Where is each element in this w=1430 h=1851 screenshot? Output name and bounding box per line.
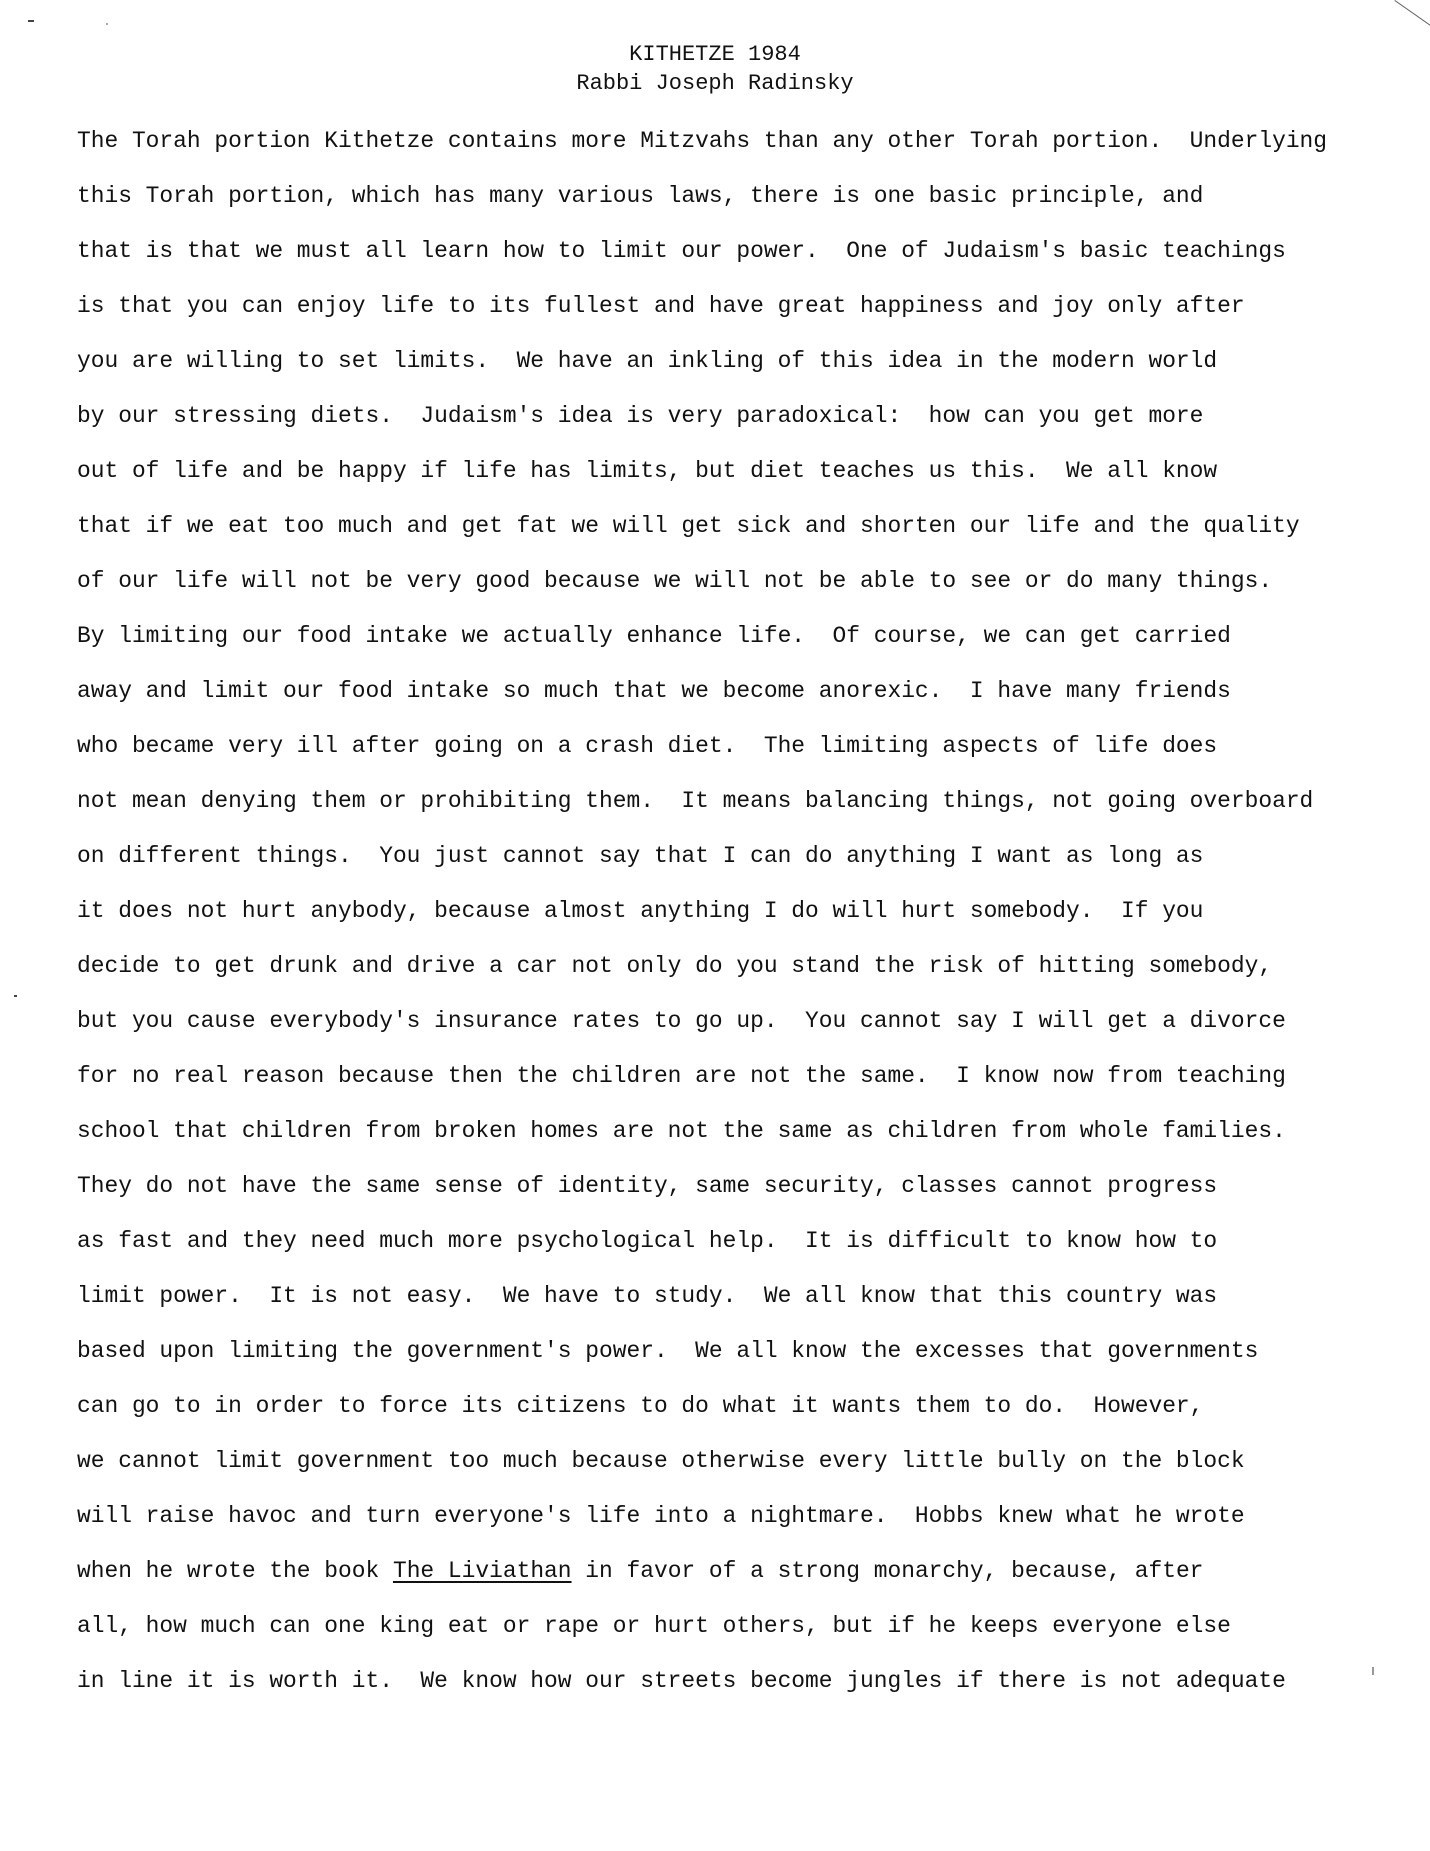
scan-scratch-mark (1394, 0, 1430, 29)
document-author: Rabbi Joseph Radinsky (0, 69, 1430, 98)
text-line: in line it is worth it. We know how our … (77, 1664, 1327, 1719)
document-title: KITHETZE 1984 (0, 40, 1430, 69)
text-line: not mean denying them or prohibiting the… (77, 784, 1327, 839)
text-line: out of life and be happy if life has lim… (77, 454, 1327, 509)
scan-speck (1372, 1667, 1374, 1675)
text-line: as fast and they need much more psycholo… (77, 1224, 1327, 1279)
text-line: limit power. It is not easy. We have to … (77, 1279, 1327, 1334)
scan-speck (106, 23, 108, 25)
text-line: school that children from broken homes a… (77, 1114, 1327, 1169)
text-line: decide to get drunk and drive a car not … (77, 949, 1327, 1004)
text-line: this Torah portion, which has many vario… (77, 179, 1327, 234)
scan-speck (28, 20, 34, 22)
text-line: of our life will not be very good becaus… (77, 564, 1327, 619)
text-line: can go to in order to force its citizens… (77, 1389, 1327, 1444)
document-header: KITHETZE 1984 Rabbi Joseph Radinsky (0, 40, 1430, 98)
text-segment: in favor of a strong monarchy, because, … (572, 1558, 1204, 1584)
text-line: on different things. You just cannot say… (77, 839, 1327, 894)
text-line: based upon limiting the government's pow… (77, 1334, 1327, 1389)
text-line: by our stressing diets. Judaism's idea i… (77, 399, 1327, 454)
text-line: The Torah portion Kithetze contains more… (77, 124, 1327, 179)
text-line: when he wrote the book The Liviathan in … (77, 1554, 1327, 1609)
text-segment: when he wrote the book (77, 1558, 393, 1584)
text-line: for no real reason because then the chil… (77, 1059, 1327, 1114)
text-line: They do not have the same sense of ident… (77, 1169, 1327, 1224)
text-line: is that you can enjoy life to its fulles… (77, 289, 1327, 344)
text-line: it does not hurt anybody, because almost… (77, 894, 1327, 949)
book-title-underlined: The Liviathan (393, 1558, 572, 1584)
text-line: that if we eat too much and get fat we w… (77, 509, 1327, 564)
text-line: all, how much can one king eat or rape o… (77, 1609, 1327, 1664)
text-line: who became very ill after going on a cra… (77, 729, 1327, 784)
text-line: will raise havoc and turn everyone's lif… (77, 1499, 1327, 1554)
text-line: that is that we must all learn how to li… (77, 234, 1327, 289)
text-line: By limiting our food intake we actually … (77, 619, 1327, 674)
text-line: we cannot limit government too much beca… (77, 1444, 1327, 1499)
text-line: you are willing to set limits. We have a… (77, 344, 1327, 399)
document-page: KITHETZE 1984 Rabbi Joseph Radinsky The … (0, 0, 1430, 1851)
text-line: but you cause everybody's insurance rate… (77, 1004, 1327, 1059)
document-body: The Torah portion Kithetze contains more… (77, 124, 1327, 1719)
text-line: away and limit our food intake so much t… (77, 674, 1327, 729)
scan-speck (14, 995, 17, 997)
